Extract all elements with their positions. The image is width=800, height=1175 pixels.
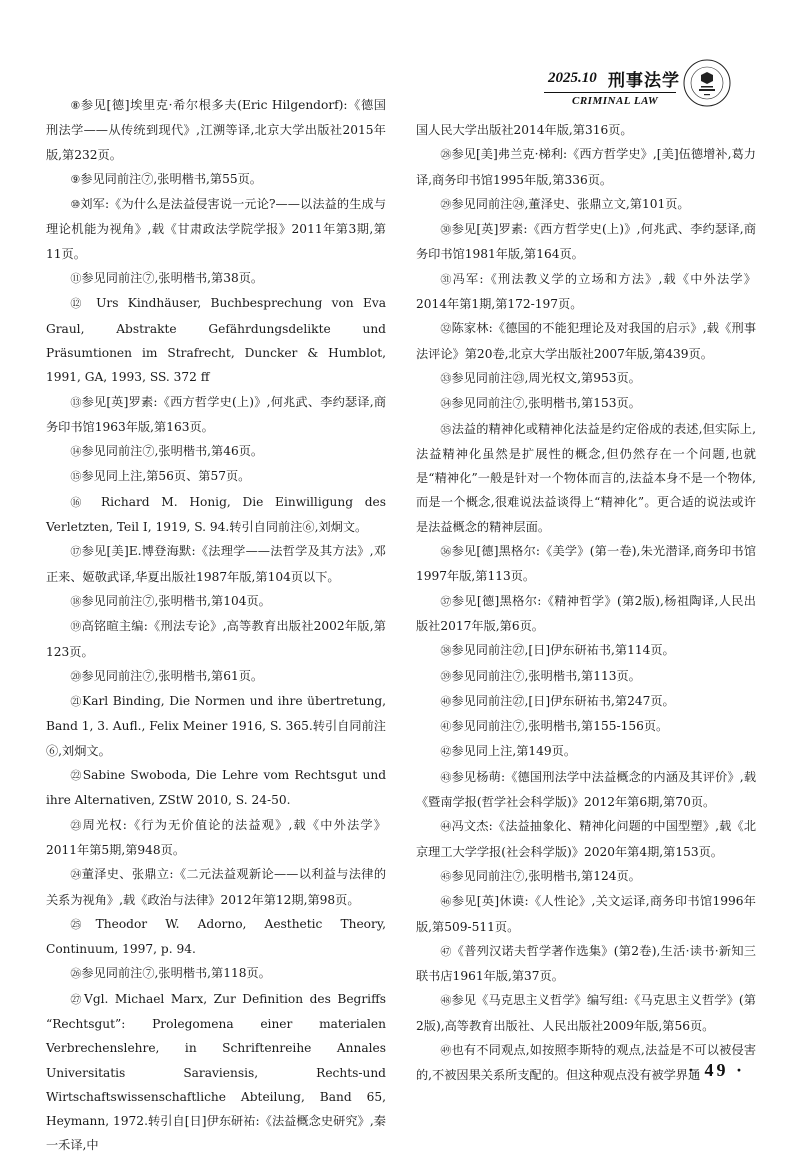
footnote-continuation: 国人民大学出版社2014年版,第316页。 [416,118,756,142]
running-header: 2025.10 刑事法学 CRIMINAL LAW [500,8,780,103]
publisher-seal-icon [682,58,732,108]
footnote: ㊻参见[英]休谟:《人性论》,关文运译,商务印书馆1996年版,第509-511… [416,889,756,939]
footnote: ㊴参见同前注⑦,张明楷书,第113页。 [416,664,756,689]
footnote: ㉟法益的精神化或精神化法益是约定俗成的表述,但实际上,法益精神化虽然是扩展性的概… [416,417,756,539]
issue-date: 2025.10 [548,70,597,87]
footnote: ㊸参见杨萌:《德国刑法学中法益概念的内涵及其评价》,载《暨南学报(哲学社会科学版… [416,765,756,815]
footnote: ㉑Karl Binding, Die Normen und ihre übert… [46,689,386,763]
footnote: ㊺参见同前注⑦,张明楷书,第124页。 [416,864,756,889]
footnote: ㊳参见同前注㉗,[日]伊东研祐书,第114页。 [416,638,756,663]
journal-title: 刑事法学 [608,66,680,91]
right-column-footnotes: 国人民大学出版社2014年版,第316页。 ㉘参见[美]弗兰克·梯利:《西方哲学… [416,118,756,1088]
footnote: ㊱参见[德]黑格尔:《美学》(第一卷),朱光潜译,商务印书馆1997年版,第11… [416,539,756,589]
footnote: ㉝参见同前注㉓,周光权文,第953页。 [416,366,756,391]
footnote: ㉛冯军:《刑法教义学的立场和方法》,载《中外法学》2014年第1期,第172-1… [416,267,756,317]
footnote: ⑬参见[英]罗素:《西方哲学史(上)》,何兆武、李约瑟译,商务印书馆1963年版… [46,390,386,440]
footnote: ⑳参见同前注⑦,张明楷书,第61页。 [46,664,386,689]
footnote: ㉖参见同前注⑦,张明楷书,第118页。 [46,961,386,986]
footnote: ㊷参见同上注,第149页。 [416,739,756,764]
footnote: ㉕Theodor W. Adorno, Aesthetic Theory, Co… [46,912,386,962]
footnote: ㉞参见同前注⑦,张明楷书,第153页。 [416,391,756,416]
footnote: ⑮参见同上注,第56页、第57页。 [46,464,386,489]
footnote: ⑩刘军:《为什么是法益侵害说一元论?——以法益的生成与理论机能为视角》,载《甘肃… [46,192,386,266]
footnote: ⑯ Richard M. Honig, Die Einwilligung des… [46,490,386,540]
footnote: ⑲高铭暄主编:《刑法专论》,高等教育出版社2002年版,第123页。 [46,614,386,664]
footnote: ㊽参见《马克思主义哲学》编写组:《马克思主义哲学》(第2版),高等教育出版社、人… [416,988,756,1038]
footnote: ㊹冯文杰:《法益抽象化、精神化问题的中国型塑》,载《北京理工大学学报(社会科学版… [416,814,756,864]
footnote: ㊵参见同前注㉗,[日]伊东研祐书,第247页。 [416,689,756,714]
footnote: ⑨参见同前注⑦,张明楷书,第55页。 [46,167,386,192]
footnote: ㊲参见[德]黑格尔:《精神哲学》(第2版),杨祖陶译,人民出版社2017年版,第… [416,589,756,639]
footnote: ㉙参见同前注㉔,董泽史、张鼎立文,第101页。 [416,192,756,217]
footnote: ⑪参见同前注⑦,张明楷书,第38页。 [46,266,386,291]
footnote: ㉔董泽史、张鼎立:《二元法益观新论——以利益与法律的关系为视角》,载《政治与法律… [46,862,386,912]
page-number: · 49 · [688,1060,745,1081]
footnote: ⑭参见同前注⑦,张明楷书,第46页。 [46,439,386,464]
footnote: ㉓周光权:《行为无价值论的法益观》,载《中外法学》2011年第5期,第948页。 [46,813,386,863]
footnote: ㉚参见[英]罗素:《西方哲学史(上)》,何兆武、李约瑟译,商务印书馆1981年版… [416,217,756,267]
footnote: ㉜陈家林:《德国的不能犯理论及对我国的启示》,载《刑事法评论》第20卷,北京大学… [416,316,756,366]
header-rule [544,92,676,93]
footnote: ⑫ Urs Kindhäuser, Buchbesprechung von Ev… [46,291,386,389]
footnote: ⑰参见[美]E.博登海默:《法理学——法哲学及其方法》,邓正来、姬敬武译,华夏出… [46,539,386,589]
left-column-footnotes: ⑧参见[德]埃里克·希尔根多夫(Eric Hilgendorf):《德国刑法学—… [46,93,386,1158]
footnote: ⑱参见同前注⑦,张明楷书,第104页。 [46,589,386,614]
journal-title-en: CRIMINAL LAW [572,95,658,107]
footnote: ㊼《普列汉诺夫哲学著作选集》(第2卷),生活·读书·新知三联书店1961年版,第… [416,939,756,989]
footnote: ㉒Sabine Swoboda, Die Lehre vom Rechtsgut… [46,763,386,813]
footnote: ㉘参见[美]弗兰克·梯利:《西方哲学史》,[美]伍德增补,葛力译,商务印书馆19… [416,142,756,192]
footnote: ㊶参见同前注⑦,张明楷书,第155-156页。 [416,714,756,739]
footnote: ㉗Vgl. Michael Marx, Zur Definition des B… [46,987,386,1158]
footnote: ⑧参见[德]埃里克·希尔根多夫(Eric Hilgendorf):《德国刑法学—… [46,93,386,167]
